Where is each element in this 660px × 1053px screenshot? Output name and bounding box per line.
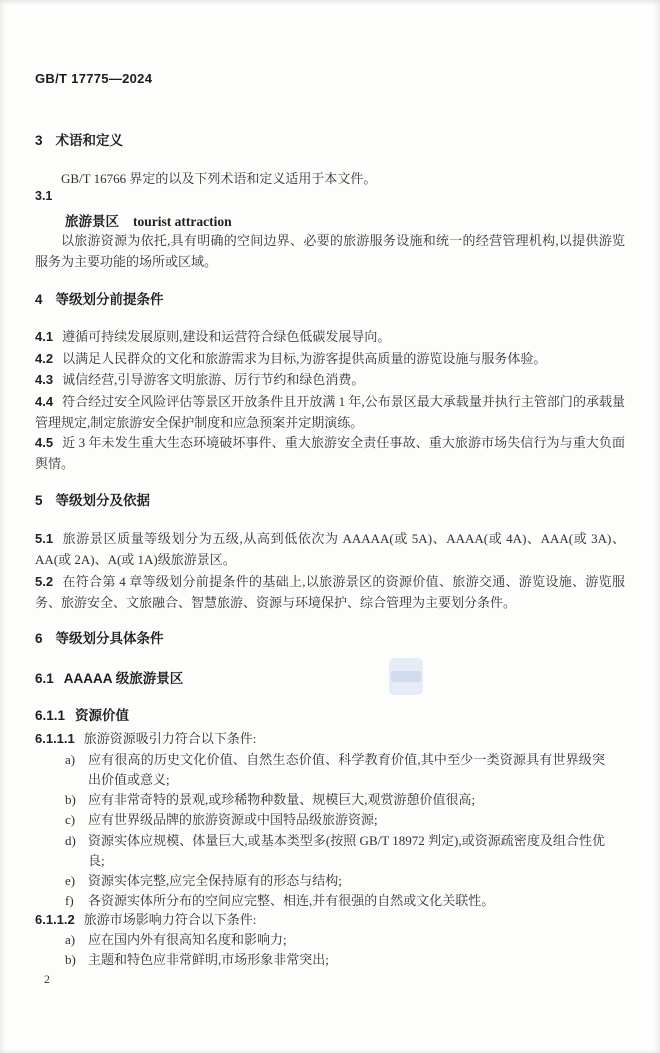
document-page: GB/T 17775—2024 3术语和定义 GB/T 16766 界定的以及下… (0, 0, 660, 1053)
clause-text: 符合经过安全风险评估等景区开放条件且开放满 1 年,公布景区最大承载量并执行主管… (35, 394, 625, 430)
section-6-heading: 6等级划分具体条件 (35, 627, 164, 647)
clause-number: 4.2 (35, 351, 53, 366)
clause-text: 旅游景区质量等级划分为五级,从高到低依次为 AAAAA(或 5A)、AAAA(或… (35, 531, 625, 567)
clause-number: 4.3 (35, 372, 53, 387)
clause-6-1-1-1: 6.1.1.1旅游资源吸引力符合以下条件: (35, 729, 625, 750)
list-letter: b) (65, 950, 76, 970)
list-item-b: b) 应有非常奇特的景观,或珍稀物种数量、规模巨大,观赏游憩价值很高; (65, 790, 605, 810)
clause-number: 5.2 (35, 574, 53, 589)
subsection-6-1-heading: 6.1AAAAA 级旅游景区 (35, 667, 183, 687)
subsection-title: 资源价值 (75, 708, 129, 723)
term-zh: 旅游景区 (65, 214, 119, 229)
subsection-title: AAAAA 级旅游景区 (64, 671, 184, 686)
list-item-b2: b) 主题和特色应非常鲜明,市场形象非常突出; (65, 950, 605, 970)
clause-number: 6.1.1.1 (35, 731, 75, 746)
list-item-f: f) 各资源实体所分布的空间应完整、相连,并有很强的自然或文化关联性。 (65, 891, 605, 911)
subsection-number: 6.1.1 (35, 708, 65, 723)
list-letter: c) (65, 810, 75, 830)
term-number: 3.1 (35, 189, 52, 203)
list-letter: e) (65, 871, 75, 891)
clause-number: 4.4 (35, 394, 53, 409)
clause-text: 在符合第 4 章等级划分前提条件的基础上,以旅游景区的资源价值、旅游交通、游览设… (35, 574, 625, 610)
section-4-heading: 4等级划分前提条件 (35, 288, 164, 308)
clause-5-2: 5.2在符合第 4 章等级划分前提条件的基础上,以旅游景区的资源价值、旅游交通、… (35, 572, 625, 613)
list-item-a: a) 应有很高的历史文化价值、自然生态价值、科学教育价值,其中至少一类资源具有世… (65, 750, 605, 791)
list-text: 应在国内外有很高知名度和影响力; (88, 930, 605, 950)
list-item-d: d) 资源实体应规模、体量巨大,或基本类型多(按照 GB/T 18972 判定)… (65, 831, 605, 872)
clause-text: 以满足人民群众的文化和旅游需求为目标,为游客提供高质量的游览设施与服务体验。 (62, 351, 546, 366)
list-letter: f) (65, 891, 74, 911)
clause-text: 诚信经营,引导游客文明旅游、厉行节约和绿色消费。 (62, 372, 364, 387)
scan-watermark (389, 658, 423, 695)
list-text: 应有非常奇特的景观,或珍稀物种数量、规模巨大,观赏游憩价值很高; (88, 790, 605, 810)
list-letter: b) (65, 790, 76, 810)
term-entry: 旅游景区tourist attraction (65, 210, 232, 230)
clause-6-1-1-2: 6.1.1.2旅游市场影响力符合以下条件: (35, 910, 625, 931)
list-letter: a) (65, 930, 75, 950)
section-5-title: 等级划分及依据 (56, 493, 151, 508)
list-text: 资源实体应规模、体量巨大,或基本类型多(按照 GB/T 18972 判定),或资… (88, 831, 605, 872)
section-3-intro: GB/T 16766 界定的以及下列术语和定义适用于本文件。 (35, 169, 625, 190)
section-6-number: 6 (35, 631, 43, 646)
term-definition: 以旅游资源为依托,具有明确的空间边界、必要的旅游服务设施和统一的经营管理机构,以… (35, 231, 625, 272)
clause-5-1: 5.1旅游景区质量等级划分为五级,从高到低依次为 AAAAA(或 5A)、AAA… (35, 529, 625, 570)
section-5-heading: 5等级划分及依据 (35, 489, 150, 509)
section-5-number: 5 (35, 493, 43, 508)
term-en: tourist attraction (133, 214, 232, 229)
section-3-heading: 3术语和定义 (35, 129, 123, 149)
list-letter: a) (65, 750, 75, 770)
clause-number: 6.1.1.2 (35, 912, 75, 927)
list-letter: d) (65, 831, 76, 851)
clause-text: 遵循可持续发展原则,建设和运营符合绿色低碳发展导向。 (62, 329, 390, 344)
section-4-title: 等级划分前提条件 (56, 292, 164, 307)
page-number: 2 (44, 972, 50, 987)
list-item-c: c) 应有世界级品牌的旅游资源或中国特品级旅游资源; (65, 810, 605, 830)
list-text: 资源实体完整,应完全保持原有的形态与结构; (88, 871, 605, 891)
list-text: 应有很高的历史文化价值、自然生态价值、科学教育价值,其中至少一类资源具有世界级突… (88, 750, 605, 791)
scan-watermark-band (391, 671, 421, 682)
clause-number: 4.1 (35, 329, 53, 344)
standard-number: GB/T 17775—2024 (35, 71, 152, 86)
subsection-number: 6.1 (35, 671, 54, 686)
clause-number: 5.1 (35, 531, 53, 546)
clause-4-3: 4.3诚信经营,引导游客文明旅游、厉行节约和绿色消费。 (35, 370, 625, 391)
clause-4-2: 4.2以满足人民群众的文化和旅游需求为目标,为游客提供高质量的游览设施与服务体验… (35, 349, 625, 370)
clause-text: 旅游市场影响力符合以下条件: (84, 912, 257, 927)
list-text: 应有世界级品牌的旅游资源或中国特品级旅游资源; (88, 810, 605, 830)
section-4-number: 4 (35, 292, 43, 307)
clause-4-5: 4.5近 3 年未发生重大生态环境破坏事件、重大旅游安全责任事故、重大旅游市场失… (35, 433, 625, 474)
list-text: 各资源实体所分布的空间应完整、相连,并有很强的自然或文化关联性。 (88, 891, 605, 911)
section-3-number: 3 (35, 133, 43, 148)
clause-number: 4.5 (35, 435, 53, 450)
list-item-a2: a) 应在国内外有很高知名度和影响力; (65, 930, 605, 950)
clause-text: 近 3 年未发生重大生态环境破坏事件、重大旅游安全责任事故、重大旅游市场失信行为… (35, 435, 625, 471)
subsection-6-1-1-heading: 6.1.1资源价值 (35, 704, 129, 724)
section-6-title: 等级划分具体条件 (56, 631, 164, 646)
clause-4-4: 4.4符合经过安全风险评估等景区开放条件且开放满 1 年,公布景区最大承载量并执… (35, 392, 625, 433)
list-text: 主题和特色应非常鲜明,市场形象非常突出; (88, 950, 605, 970)
section-3-title: 术语和定义 (56, 133, 124, 148)
clause-4-1: 4.1遵循可持续发展原则,建设和运营符合绿色低碳发展导向。 (35, 327, 625, 348)
clause-text: 旅游资源吸引力符合以下条件: (84, 731, 257, 746)
list-item-e: e) 资源实体完整,应完全保持原有的形态与结构; (65, 871, 605, 891)
